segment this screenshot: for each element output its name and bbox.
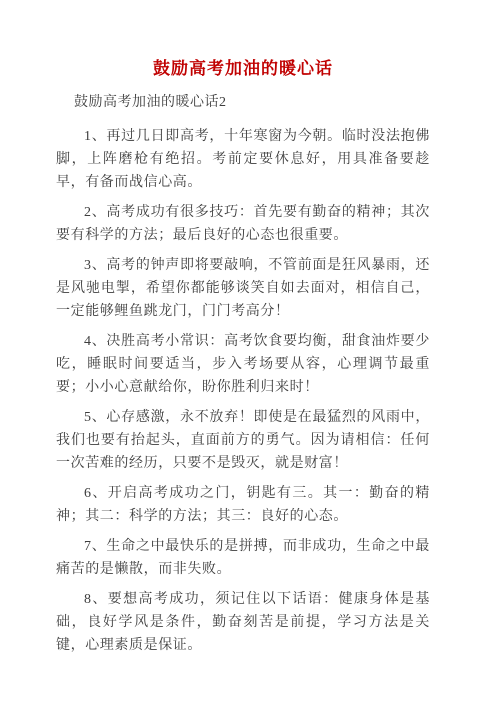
paragraph-2: 2、高考成功有很多技巧：首先要有勤奋的精神；其次要有科学的方法；最后良好的心态也…: [56, 201, 430, 247]
document-body: 1、再过几日即高考，十年寒窗为今朝。临时没法抱佛脚，上阵磨枪有绝招。考前定要休息…: [56, 125, 430, 657]
document-page: 鼓励高考加油的暖心话 鼓励高考加油的暖心话2 1、再过几日即高考，十年寒窗为今朝…: [0, 0, 500, 707]
paragraph-7: 7、生命之中最快乐的是拼搏，而非成功，生命之中最痛苦的是懒散，而非失败。: [56, 535, 430, 581]
paragraph-6: 6、开启高考成功之门，钥匙有三。其一：勤奋的精神；其二：科学的方法；其三：良好的…: [56, 482, 430, 528]
document-subtitle: 鼓励高考加油的暖心话2: [74, 93, 430, 113]
paragraph-3: 3、高考的钟声即将要敲响，不管前面是狂风暴雨，还是风驰电掣，希望你都能够谈笑自如…: [56, 254, 430, 323]
paragraph-8: 8、要想高考成功，须记住以下话语：健康身体是基础，良好学风是条件，勤奋刻苦是前提…: [56, 588, 430, 657]
document-title: 鼓励高考加油的暖心话: [56, 58, 430, 80]
paragraph-5: 5、心存感激，永不放弃！即使是在最猛烈的风雨中，我们也要有抬起头，直面前方的勇气…: [56, 406, 430, 475]
paragraph-4: 4、决胜高考小常识：高考饮食要均衡，甜食油炸要少吃，睡眠时间要适当，步入考场要从…: [56, 330, 430, 399]
paragraph-1: 1、再过几日即高考，十年寒窗为今朝。临时没法抱佛脚，上阵磨枪有绝招。考前定要休息…: [56, 125, 430, 194]
